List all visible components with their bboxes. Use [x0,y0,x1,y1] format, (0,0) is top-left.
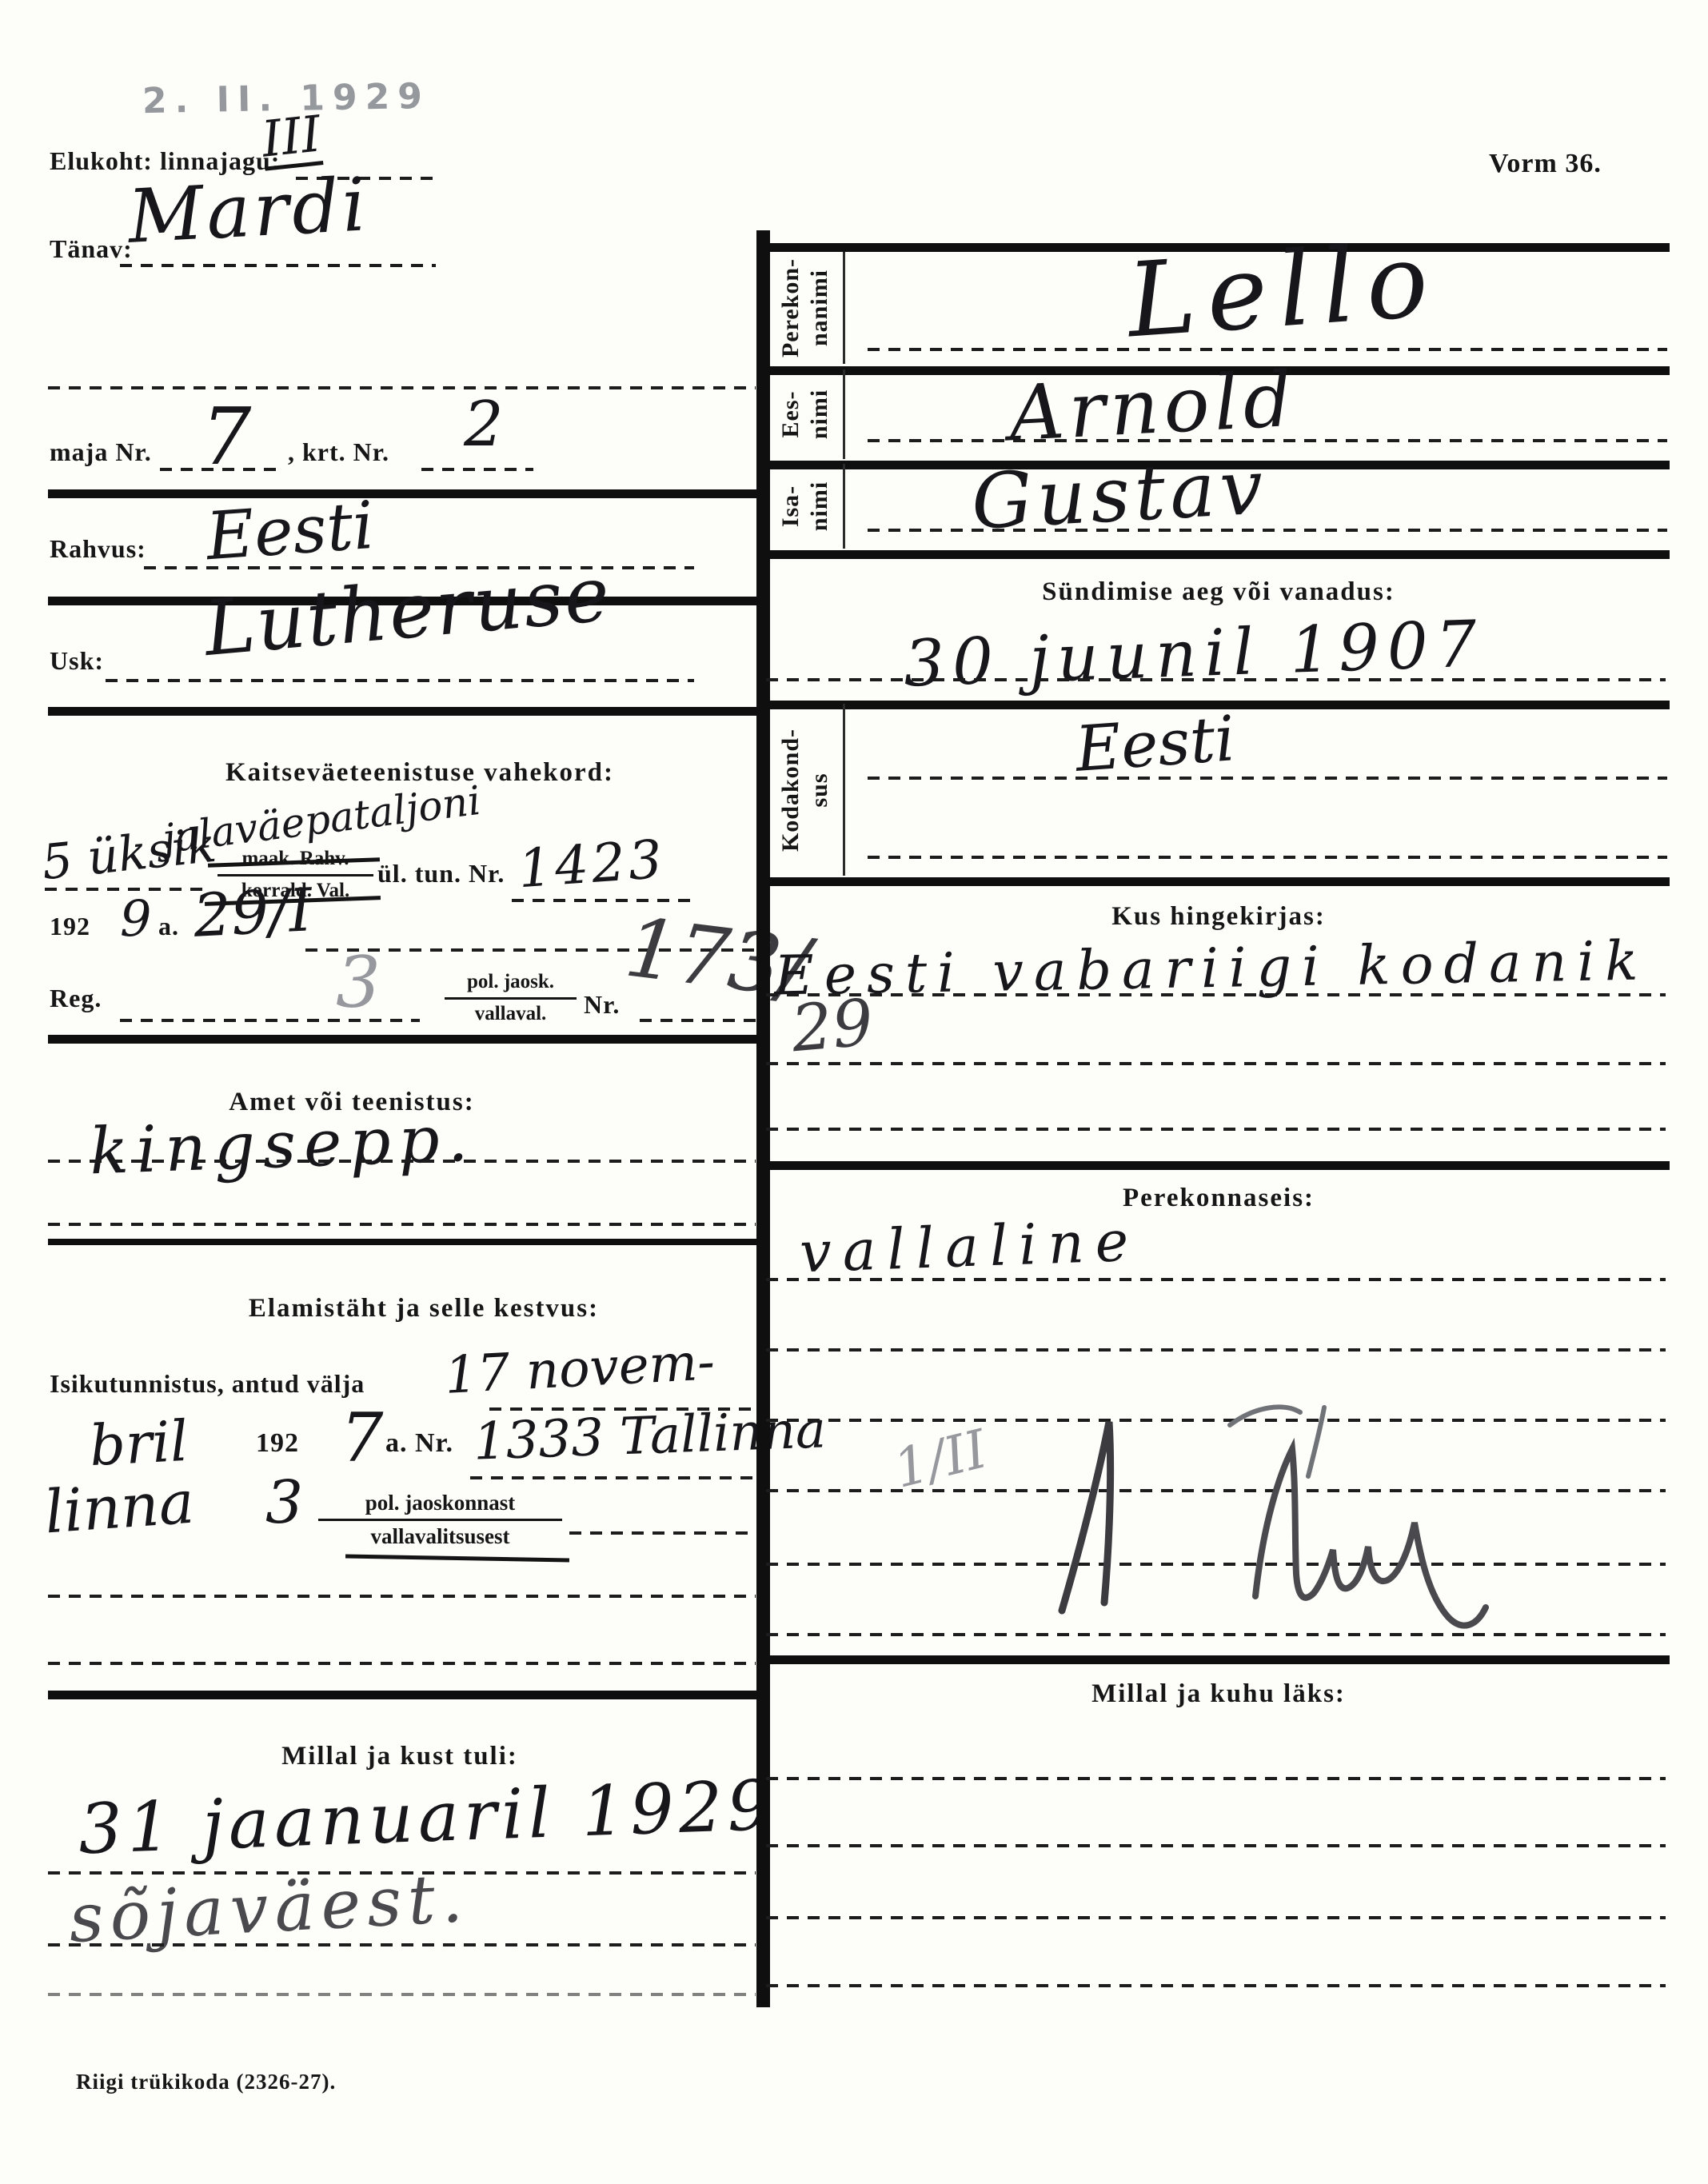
dashed-line [48,1993,756,1996]
dashed-line [512,899,694,902]
year-printed: 192 [50,912,90,941]
id-authority-fraction: pol. jaoskonnast vallavalitsusest [318,1489,562,1551]
dashed-line [766,1984,1666,1987]
certificate-value: 1423 [517,833,667,896]
registration-date-value: 29/I [192,880,313,946]
dashed-line [106,679,694,682]
nationality-label: Rahvus: [50,534,146,564]
dashed-line [766,1128,1666,1131]
apartment-number-label: , krt. Nr. [288,437,389,467]
dashed-line [766,1278,1666,1281]
occupation-value: kingsepp. [89,1107,477,1184]
thick-rule [48,1239,758,1245]
strike-line [345,1555,569,1563]
dashed-line [48,1662,756,1665]
dashed-line [120,264,436,267]
reg-label: Reg. [50,984,102,1013]
father-name-label-line1: Isa- [776,481,805,531]
form-number: Vorm 36. [1489,149,1602,179]
id-line2-printed2: a. Nr. [385,1428,453,1459]
dashed-line [48,1160,756,1163]
citizenship-label-line1: Kodakond- [776,728,805,851]
dashed-line [868,777,1667,780]
first-name-label-line1: Ees- [776,389,805,439]
id-line2-hw1: bril [88,1413,190,1474]
father-name-label: Isa- nimi [768,464,843,549]
label-separator [843,369,845,459]
id-issued-value: 17 novem- [444,1336,716,1402]
label-separator [843,464,845,549]
id-line2-printed1: 192 [256,1428,299,1459]
dashed-line [48,1943,756,1946]
birth-value: 30 juunil 1907 [903,612,1486,696]
apartment-number-value: 2 [464,393,504,456]
fraction-bottom-text: vallavalitsusest [318,1521,562,1551]
father-name-value: Gustav [970,449,1270,541]
thick-rule [48,707,758,716]
marital-heading: Perekonnaseis: [768,1184,1670,1213]
dashed-line [766,1777,1666,1780]
signature [1016,1401,1543,1641]
fraction-top-text: pol. jaosk. [445,969,577,1000]
nationality-value: Eesti [204,493,376,570]
marital-value: vallaline [799,1213,1140,1281]
arrival-value-2: sõjaväest. [67,1864,470,1952]
surname-label-line1: Perekon- [776,258,805,357]
year-value: 9 [120,894,151,944]
fraction-top-text: pol. jaoskonnast [318,1489,562,1521]
arrival-value-1: 31 jaanuaril 1929 [78,1771,777,1864]
fraction-bottom-text: vallaval. [445,1000,577,1028]
thick-rule [758,877,1670,886]
first-name-label-line2: nimi [805,389,834,439]
father-name-label-line2: nimi [805,481,834,531]
reg-authority-fraction: pol. jaosk. vallaval. [445,969,577,1027]
register-heading: Kus hingekirjas: [768,902,1670,932]
dashed-line [48,1595,756,1598]
id-line3-hw2: 3 [265,1473,303,1532]
id-line2-hw2: 7 [341,1404,383,1471]
dashed-line [569,1531,756,1535]
dashed-line [48,1223,756,1226]
residence-district-value: III [260,109,324,170]
thick-rule [48,1035,758,1044]
id-line2-hw3: 1333 Tallinna [473,1404,827,1467]
military-service-heading: Kaitseväeteenistuse vahekord: [96,758,744,788]
id-issued-label: Isikutunnistus, antud välja [50,1369,365,1399]
id-line3-hw1: linna [43,1473,196,1543]
citizenship-label: Kodakond- sus [768,704,843,876]
surname-label: Perekon- nanimi [768,252,843,364]
dashed-line [868,856,1667,859]
thick-rule [48,489,758,498]
label-separator [843,252,845,364]
residence-permit-heading: Elamistäht ja selle kestvus: [100,1294,748,1324]
street-label: Tänav: [50,234,133,264]
thick-rule [758,1655,1670,1664]
birth-heading: Sündimise aeg või vanadus: [768,577,1670,607]
first-name-value: Arnold [1008,362,1299,453]
dashed-line [766,993,1666,996]
dashed-line [421,468,533,471]
reg-nr-label: Nr. [584,990,620,1020]
religion-value: Lutheruse [202,557,614,668]
label-separator [843,704,845,876]
dashed-line [766,678,1666,681]
thick-rule [758,550,1670,559]
thick-rule [758,1161,1670,1170]
thick-rule [48,1691,758,1699]
printer-note: Riigi trükikoda (2326-27). [76,2070,336,2094]
dashed-line [766,1844,1666,1847]
surname-value: Lello [1124,230,1443,353]
citizenship-label-line2: sus [805,728,834,851]
year-suffix: a. [158,912,179,941]
surname-label-line2: nanimi [805,258,834,357]
registration-card: 2. II. 1929 Vorm 36. Elukoht: linnajagu:… [0,0,1708,2184]
citizenship-value: Eesti [1074,708,1237,781]
first-name-label: Ees- nimi [768,369,843,459]
departure-heading: Millal ja kuhu läks: [768,1679,1670,1709]
reg-value: 3 [336,948,381,1018]
dashed-line [48,386,756,389]
dashed-line [470,1476,756,1479]
certificate-label: ül. tun. Nr. [377,859,505,888]
house-number-value: 7 [202,398,251,477]
house-number-label: maja Nr. [50,437,152,467]
arrival-heading: Millal ja kust tuli: [48,1742,752,1771]
marital-note: 1/II [889,1423,992,1496]
street-value: Mardi [126,168,371,254]
dashed-line [766,1916,1666,1919]
dashed-line [640,1019,756,1022]
dashed-line [766,1348,1666,1352]
dashed-line [766,1062,1666,1065]
religion-label: Usk: [50,646,104,676]
